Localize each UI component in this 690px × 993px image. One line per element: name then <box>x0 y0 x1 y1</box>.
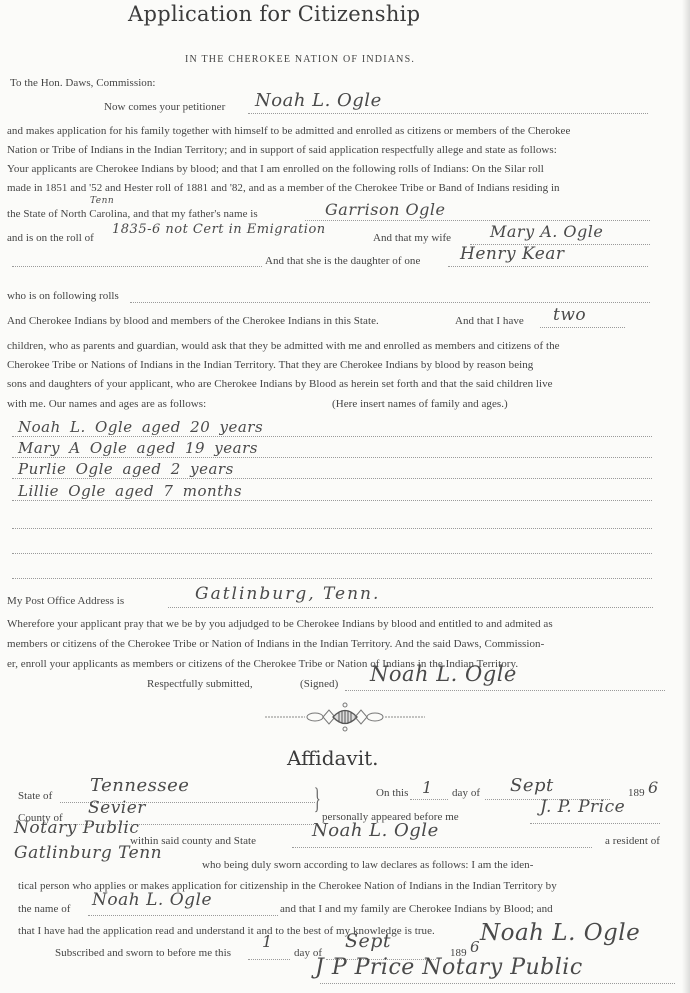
roll-value: 1835-6 not Cert in Emigration <box>112 222 326 237</box>
state-value: Tennessee <box>90 775 189 796</box>
paragraph-1-line-2: Nation or Tribe of Indians in the Indian… <box>7 144 557 156</box>
state-annotation: Tenn <box>90 196 114 206</box>
roll-label: and is on the roll of <box>7 232 94 244</box>
day-of-label: day of <box>452 787 480 799</box>
sworn-line: who being duly sworn according to law de… <box>202 859 533 871</box>
affiant-line <box>292 847 592 848</box>
daughter-label: And that she is the daughter of one <box>265 255 420 267</box>
signature-line <box>345 690 665 691</box>
name-of-line <box>88 915 278 916</box>
children-line <box>540 327 625 328</box>
official-title: Notary Public <box>14 818 139 838</box>
names-intro: with me. Our names and ages are as follo… <box>7 398 206 410</box>
notary-line <box>320 983 675 984</box>
family-line-7 <box>12 578 652 579</box>
sub-year-handwritten: 6 <box>470 938 480 956</box>
paragraph-1-line-4: made in 1851 and '52 and Hester roll of … <box>7 182 560 194</box>
family-blood-line: and that I and my family are Cherokee In… <box>280 903 553 915</box>
sub-day-line <box>248 959 290 960</box>
sub-day-value: 1 <box>262 932 273 951</box>
name-of-value: Noah L. Ogle <box>92 890 212 910</box>
applicant-signature: Noah L. Ogle <box>370 662 517 686</box>
document-title: Application for Citizenship <box>128 2 420 26</box>
family-line-3 <box>12 478 652 479</box>
official-name: J. P. Price <box>540 797 625 817</box>
blank-line-daughter <box>12 266 262 267</box>
family-member: Purlie Ogle aged 2 years <box>18 460 234 478</box>
paragraph-2-line-1: children, who as parents and guardian, w… <box>7 340 560 352</box>
official-line <box>530 823 660 824</box>
name-of-label: the name of <box>18 903 70 915</box>
wife-father-line <box>448 266 648 267</box>
ornament-divider-icon <box>265 700 425 734</box>
paragraph-2-line-2: Cherokee Tribe or Nations of Indians in … <box>7 359 533 371</box>
sub-month-value: Sept <box>345 930 391 952</box>
paragraph-1-line-1: and makes application for his family tog… <box>7 125 570 137</box>
subscribed-label: Subscribed and sworn to before me this <box>55 947 231 959</box>
rolls-label: who is on following rolls <box>7 290 119 302</box>
year-handwritten: 6 <box>648 778 659 797</box>
paragraph-1-line-3: Your applicants are Cherokee Indians by … <box>7 163 544 175</box>
petitioner-label: Now comes your petitioner <box>104 101 225 113</box>
state-label: State of <box>18 790 52 802</box>
wife-name: Mary A. Ogle <box>490 222 603 241</box>
state-line-label: the State of North Carolina, and that my… <box>7 208 258 220</box>
notary-signature: J P Price Notary Public <box>315 955 583 980</box>
family-line-6 <box>12 553 652 554</box>
wife-label: And that my wife <box>373 232 451 244</box>
signed-label: (Signed) <box>300 678 338 690</box>
month-value: Sept <box>510 775 554 796</box>
residence-value: Gatlinburg Tenn <box>14 843 162 863</box>
petitioner-name: Noah L. Ogle <box>255 90 382 111</box>
day-line <box>410 799 448 800</box>
family-member: Lillie Ogle aged 7 months <box>18 482 242 500</box>
county-value: Sevier <box>88 798 146 818</box>
children-count: two <box>553 305 586 325</box>
family-line-4 <box>12 500 652 501</box>
post-office-value: Gatlinburg, Tenn. <box>195 584 380 604</box>
post-office-line <box>168 607 653 608</box>
post-office-label: My Post Office Address is <box>7 595 124 607</box>
children-label: And that I have <box>455 315 524 327</box>
page-edge-shadow <box>682 0 690 993</box>
family-member: Noah L. Ogle aged 20 years <box>18 418 263 436</box>
family-line-5 <box>12 528 652 529</box>
paragraph-3-line-2: members or citizens of the Cherokee Trib… <box>7 638 544 650</box>
affidavit-heading: Affidavit. <box>287 746 379 770</box>
affiant-signature: Noah L. Ogle <box>480 920 640 946</box>
day-value: 1 <box>422 778 433 797</box>
salutation: To the Hon. Daws, Commission: <box>10 77 156 89</box>
family-member: Mary A Ogle aged 19 years <box>18 439 258 457</box>
father-line <box>305 220 650 221</box>
wife-father-name: Henry Kear <box>460 244 565 264</box>
names-instruction: (Here insert names of family and ages.) <box>332 398 508 410</box>
rolls-line <box>130 302 650 303</box>
submitted-label: Respectfully submitted, <box>147 678 253 690</box>
document-subtitle: IN THE CHEROKEE NATION OF INDIANS. <box>185 54 415 65</box>
family-line-1 <box>12 436 652 437</box>
citizenship-application-page: Application for Citizenship IN THE CHERO… <box>0 0 690 993</box>
petitioner-line <box>248 113 648 114</box>
resident-label: a resident of <box>605 835 660 847</box>
on-this-label: On this <box>376 787 408 799</box>
family-line-2 <box>12 457 652 458</box>
father-name: Garrison Ogle <box>325 200 445 219</box>
year-printed: 189 <box>628 787 645 799</box>
paragraph-2-line-3: sons and daughters of your applicant, wh… <box>7 378 553 390</box>
blood-statement: And Cherokee Indians by blood and member… <box>7 315 379 327</box>
affiant-name: Noah L. Ogle <box>312 820 439 841</box>
brace-symbol: } <box>314 782 321 816</box>
paragraph-3-line-1: Wherefore your applicant pray that we be… <box>7 618 553 630</box>
